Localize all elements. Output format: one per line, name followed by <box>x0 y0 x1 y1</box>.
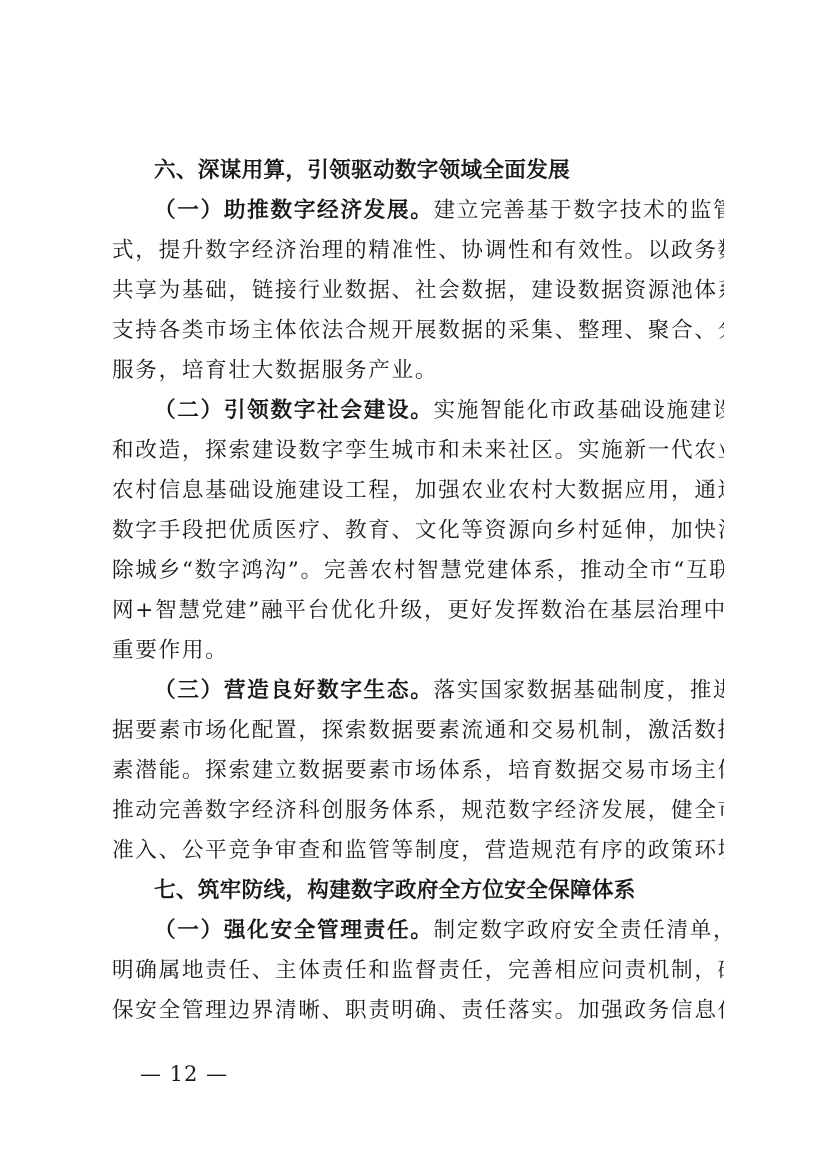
body-text: 实施智能化市政基础设施建设 <box>434 398 724 423</box>
body-text: 落实国家数据基础制度，推进数 <box>434 678 724 703</box>
paragraph-6-2-line: （二）引领数字社会建设。实施智能化市政基础设施建设 <box>112 391 724 431</box>
body-line: 重要作用。 <box>112 631 724 671</box>
body-line: 保安全管理边界清晰、职责明确、责任落实。加强政务信息化 <box>112 991 724 1031</box>
body-line: 支持各类市场主体依法合规开展数据的采集、整理、聚合、分析 <box>112 311 724 351</box>
body-line: 准入、公平竞争审查和监管等制度，营造规范有序的政策环境。 <box>112 831 724 871</box>
body-line: 推动完善数字经济科创服务体系，规范数字经济发展，健全市场 <box>112 791 724 831</box>
paragraph-6-1-line: （一）助推数字经济发展。建立完善基于数字技术的监管模 <box>112 191 724 231</box>
document-page: 六、深谋用算，引领驱动数字领域全面发展 （一）助推数字经济发展。建立完善基于数字… <box>112 151 724 1031</box>
body-line: 和改造，探索建设数字孪生城市和未来社区。实施新一代农业 <box>112 431 724 471</box>
subsection-title: （二）引领数字社会建设。 <box>154 398 434 423</box>
body-line: 网+智慧党建”融平台优化升级，更好发挥数治在基层治理中的 <box>112 591 724 631</box>
body-line: 据要素市场化配置，探索数据要素流通和交易机制，激活数据要 <box>112 711 724 751</box>
body-text: 制定数字政府安全责任清单， <box>434 918 724 943</box>
section-heading-6: 六、深谋用算，引领驱动数字领域全面发展 <box>112 151 724 191</box>
paragraph-7-1-line: （一）强化安全管理责任。制定数字政府安全责任清单， <box>112 911 724 951</box>
section-heading-7: 七、筑牢防线，构建数字政府全方位安全保障体系 <box>112 871 724 911</box>
body-line: 数字手段把优质医疗、教育、文化等资源向乡村延伸，加快消 <box>112 511 724 551</box>
page-number: — 12 — <box>140 1062 228 1086</box>
body-line: 除城乡“数字鸿沟”。完善农村智慧党建体系，推动全市“互联 <box>112 551 724 591</box>
body-line: 农村信息基础设施建设工程，加强农业农村大数据应用，通过 <box>112 471 724 511</box>
body-line: 素潜能。探索建立数据要素市场体系，培育数据交易市场主体。 <box>112 751 724 791</box>
body-line: 共享为基础，链接行业数据、社会数据，建设数据资源池体系。 <box>112 271 724 311</box>
paragraph-6-3-line: （三）营造良好数字生态。落实国家数据基础制度，推进数 <box>112 671 724 711</box>
subsection-title: （一）助推数字经济发展。 <box>154 198 434 223</box>
subsection-title: （三）营造良好数字生态。 <box>154 678 434 703</box>
body-line: 明确属地责任、主体责任和监督责任，完善相应问责机制，确 <box>112 951 724 991</box>
subsection-title: （一）强化安全管理责任。 <box>154 918 434 943</box>
body-line: 服务，培育壮大数据服务产业。 <box>112 351 724 391</box>
body-line: 式，提升数字经济治理的精准性、协调性和有效性。以政务数据 <box>112 231 724 271</box>
body-text: 建立完善基于数字技术的监管模 <box>434 198 724 223</box>
